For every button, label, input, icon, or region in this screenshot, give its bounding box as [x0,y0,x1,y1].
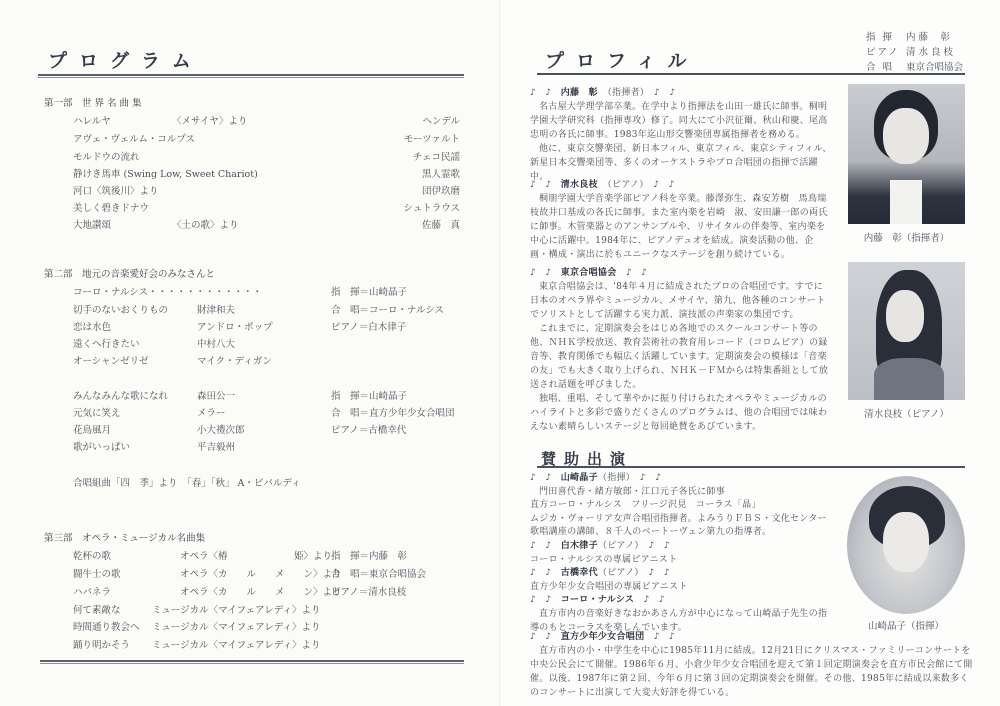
profile-text: 独唱、重唱、そして華やかに振り付けられたオペラやミュージカルのハイライトと多彩で… [530,392,832,434]
song-composer: モーツァルト [404,134,460,146]
song-title: コーロ・ナルシス・・・・・・・・・・・・ [73,287,262,299]
profile-tokyo-choir: ♪ ♪ 東京合唱協会 ♪ ♪ 東京合唱協会は、'84年４月に結成されたプロの合唱… [530,266,832,434]
music-note-icon: ♪ ♪ [530,632,551,642]
music-note-icon: ♪ ♪ [530,595,551,605]
profile-name: 内藤 彰 [561,88,598,98]
credit-piano: ピアノ＝古橋幸代 [331,425,406,437]
guest-name: 山崎晶子 [561,473,598,483]
song-source: ミュージカル〈マイフェアレディ〉より [152,622,321,634]
profile-role: （ピアノ） [607,180,644,190]
profile-text: 東京合唱協会は、'84年４月に結成されたプロの合唱団です。すでに日本のオペラ界や… [530,280,832,322]
profile-text: 名古屋大学理学部卒業。在学中より指揮法を山田一雄氏に師事。桐明学園大学研究科（指… [530,100,832,142]
bottom-rule [40,660,464,664]
guest-text: ムジカ・ヴォーリア女声合唱団指揮者。よみうりＦＢＳ・文化センター歌唱講座の講師、… [530,513,832,540]
song-composer: ヘンデル [422,116,460,128]
music-note-icon: ♪ ♪ [654,632,675,642]
song-title: ハレルヤ [73,116,111,128]
song-title: みんなみんな歌になれ [73,391,168,403]
song-composer: 平吉毅州 [197,442,235,454]
song-title: 静けき馬車 (Swing Low, Sweet Chariot) [73,169,258,181]
profile-name: 清水良枝 [561,180,598,190]
credit-piano: ピアノ＝白木律子 [331,322,406,334]
guest-role: （ピアノ） [598,568,639,578]
music-note-icon: ♪ ♪ [626,268,647,278]
photo-caption: 清水良枝（ピアノ） [848,406,965,420]
guest-text: 直方コーロ・ナルシス フリージ沢見 コーラス「晶」 [530,499,832,513]
photo-caption: 内藤 彰（指揮者） [848,230,965,244]
song-composer: 森田公一 [197,391,235,403]
song-title: 大地讃頌 [73,220,111,232]
profile-title: プロフィル [545,46,698,73]
profile-naito: ♪ ♪ 内藤 彰 （指揮者） ♪ ♪ 名古屋大学理学部卒業。在学中より指揮法を山… [530,86,832,184]
credit-name: 内 藤 彰 [906,30,950,45]
credit-chorus: 合 唱＝直方少年少女合唱団 [331,408,455,420]
music-note-icon: ♪ ♪ [530,180,551,190]
part1-heading: 第一部 世 界 名 曲 集 [44,98,142,110]
song-source: オペラ〈カ ル メ ン〉より [180,587,342,599]
credit-role: 指 揮 [866,30,906,45]
music-note-icon: ♪ ♪ [649,541,670,551]
guest-role: （指揮） [598,473,631,483]
music-note-icon: ♪ ♪ [649,568,670,578]
song-source: 〈メサイヤ〉より [172,116,247,128]
profile-name: 東京合唱協会 [561,268,617,278]
portrait-face [883,108,929,164]
guest-youth-choir: ♪ ♪ 直方少年少女合唱団 ♪ ♪ 直方市内の小・中学生を中心に1985年11月… [530,630,975,700]
title-rule [38,74,464,78]
song-composer: 財津和夫 [197,305,235,317]
song-composer: マイク・ディガン [197,356,272,368]
song-composer: 団伊玖磨 [422,186,460,198]
photo-naito [848,84,965,224]
music-note-icon: ♪ ♪ [643,595,664,605]
song-title: 闘牛士の歌 [73,569,121,581]
song-title: オーシャンゼリゼ [73,356,149,368]
music-note-icon: ♪ ♪ [654,88,675,98]
song-composer: 佐藤 真 [422,220,460,232]
profile-rule [537,73,965,75]
music-note-icon: ♪ ♪ [530,88,551,98]
music-note-icon: ♪ ♪ [530,473,551,483]
photo-shimizu [848,262,965,400]
song-title: 踊り明かそう [73,640,130,652]
song-composer: 黒人霊歌 [422,169,460,181]
song-title: 河口〈筑後川〉より [73,186,159,198]
portrait-face [886,290,924,342]
song-source: オペラ〈椿 姫〉より [180,551,332,563]
credit-chorus: 合 唱＝コーロ・ナルシス [331,305,444,317]
guest-text: 門田喜代香・緒方敏郎・江口元子各氏に師事 [530,486,832,500]
music-note-icon: ♪ ♪ [530,568,551,578]
part2-heading: 第二部 地元の音楽愛好会のみなさんと [44,269,215,281]
guest-text: 直方少年少女合唱団の専属ピアニスト [530,581,832,595]
guest-name: 古橋幸代 [561,568,598,578]
song-composer: 中村八大 [197,339,235,351]
music-note-icon: ♪ ♪ [530,268,551,278]
song-title: 何て素敵な [73,605,121,617]
portrait-shirt [890,180,922,224]
guest-text: コーロ・ナルシスの専属ピアニスト [530,554,832,568]
song-title: 恋は水色 [73,322,111,334]
song-composer: メラー [197,408,226,420]
part3-heading: 第三部 オペラ・ミュージカル名曲集 [44,533,205,545]
song-title: モルドウの流れ [73,152,140,164]
song-source: ミュージカル〈マイフェアレディ〉より [152,605,321,617]
program-title: プログラム [48,46,203,73]
music-note-icon: ♪ ♪ [653,180,674,190]
guests-list: ♪ ♪ 山崎晶子（指揮） ♪ ♪ 門田喜代香・緒方敏郎・江口元子各氏に師事 直方… [530,472,832,635]
song-composer: アンドロ・ポップ [197,322,273,334]
guest-name: 白木律子 [561,541,598,551]
song-composer: 小大禮次郎 [197,425,245,437]
song-composer: チェコ民謡 [413,152,460,164]
credit-conductor: 指 揮＝山崎晶子 [331,287,407,299]
music-note-icon: ♪ ♪ [530,541,551,551]
song-title: 歌がいっぱい [73,442,130,454]
guest-name: 直方少年少女合唱団 [561,632,645,642]
photo-caption: 山崎晶子（指揮） [847,618,965,632]
choral-suite: 合唱組曲「四 季」より 「春」「秋」 A・ビバルディ [73,478,301,490]
song-title: アヴェ・ヴェルム・コルプス [73,134,195,146]
music-note-icon: ♪ ♪ [640,473,661,483]
guests-rule [537,466,965,468]
song-title: 遠くへ行きたい [73,339,140,351]
song-title: 花鳥風月 [73,425,111,437]
song-title: 時間通り教会へ [73,622,140,634]
credit-piano: ピアノ＝清水良枝 [331,587,406,599]
profile-text: 桐朋学園大学音楽学部ピアノ科を卒業。藤澤弥生、森安芳樹 馬鳥瑞枝故井口基成の各氏… [530,192,832,262]
profile-role: （指揮者） [607,88,645,98]
guest-role: （ピアノ） [598,541,639,551]
credit-conductor: 指 揮＝内藤 彰 [331,551,407,563]
photo-yamazaki [847,476,965,614]
song-title: ハバネラ [73,587,111,599]
program-page: プログラム 第一部 世 界 名 曲 集 ハレルヤ 〈メサイヤ〉より ヘンデル ア… [0,0,500,706]
profile-shimizu: ♪ ♪ 清水良枝 （ピアノ） ♪ ♪ 桐朋学園大学音楽学部ピアノ科を卒業。藤澤弥… [530,178,832,262]
song-source: 〈土の歌〉より [172,220,239,232]
credit-chorus: 合 唱＝東京合唱協会 [331,569,426,581]
song-title: 美しく碧きドナウ [73,203,149,215]
song-title: 元気に笑え [73,408,121,420]
portrait-face [883,512,929,572]
guest-text: 直方市内の小・中学生を中心に1985年11月に結成。12月21日にクリスマス・フ… [530,644,975,700]
credit-name: 清 水 良 枝 [906,45,953,60]
header-credits: 指 揮内 藤 彰 ピアノ清 水 良 枝 合 唱東京合唱協会 [866,30,963,75]
profile-text: これまでに、定期演奏会をはじめ各地でのスクールコンサート等の他、ＮＨＫ学校放送、… [530,322,832,392]
song-title: 乾杯の歌 [73,551,111,563]
credit-role: ピアノ [866,45,906,60]
song-composer: シュトラウス [403,203,460,215]
song-source: ミュージカル〈マイフェアレディ〉より [152,640,321,652]
song-source: オペラ〈カ ル メ ン〉より [180,569,342,581]
credit-conductor: 指 揮＝山崎晶子 [331,391,407,403]
portrait-dress [874,358,944,400]
guest-name: コーロ・ナルシス [561,595,634,605]
song-title: 切手のないおくりもの [73,305,168,317]
